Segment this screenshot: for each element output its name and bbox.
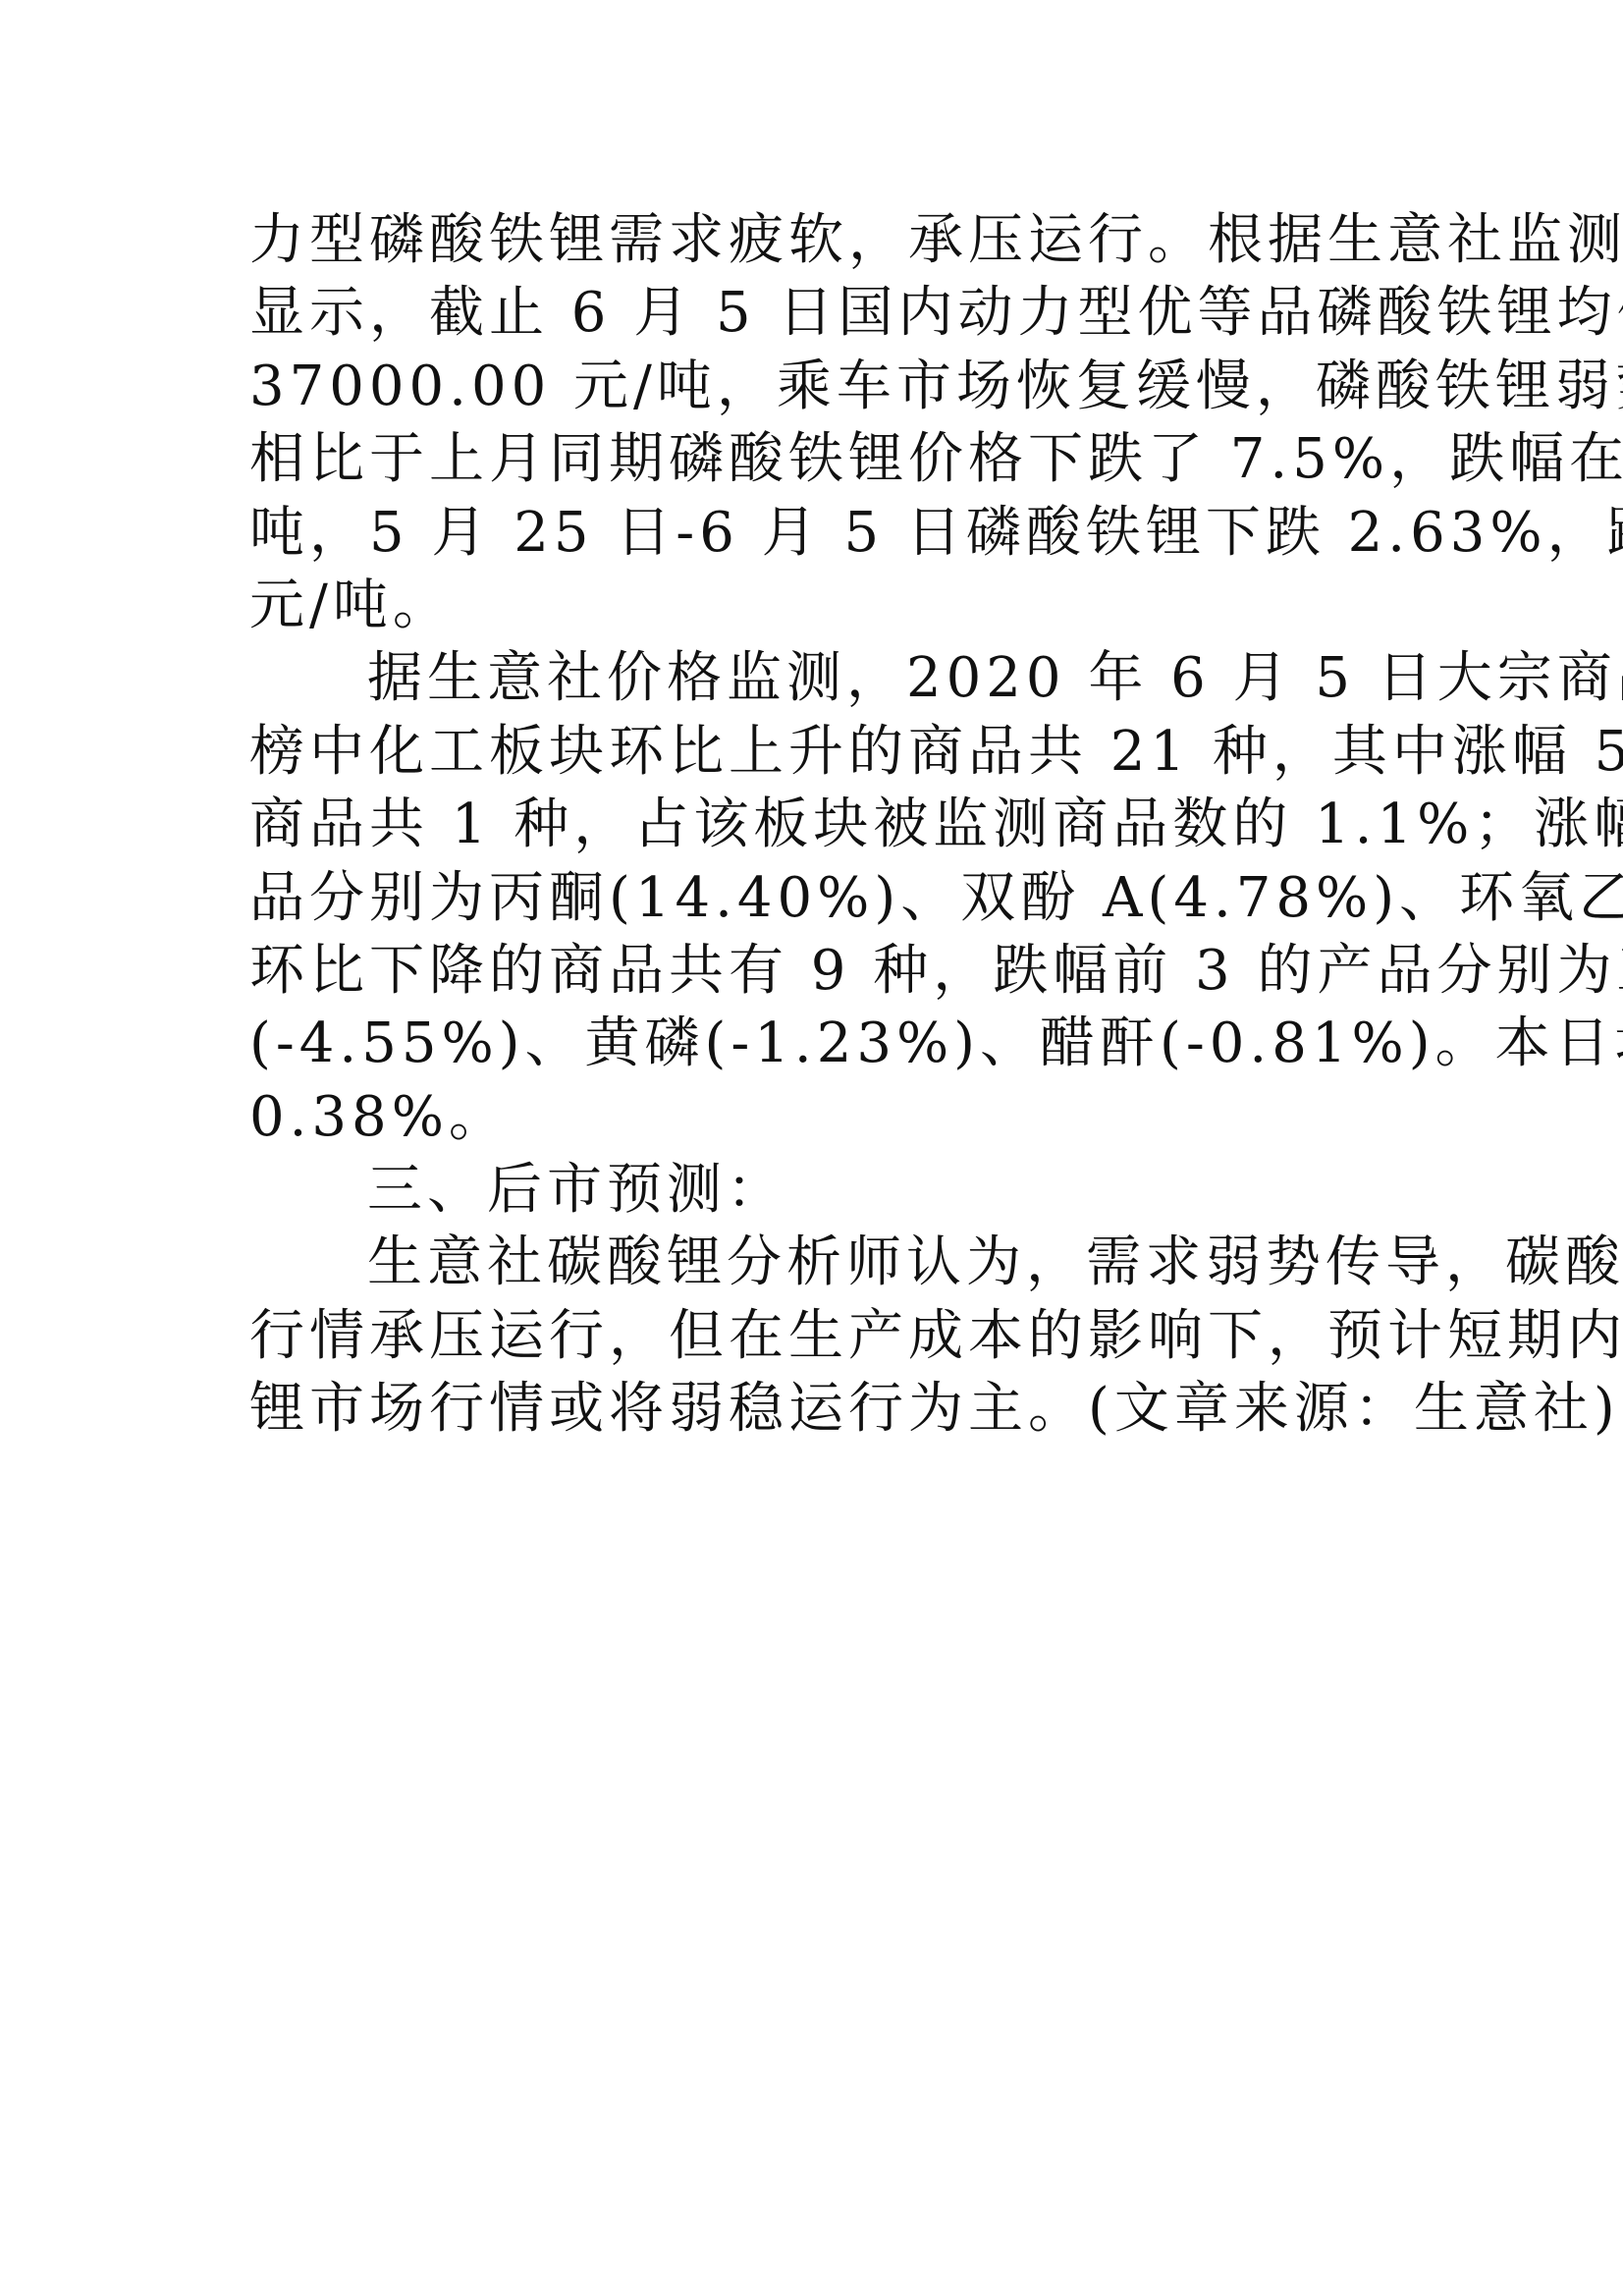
text-line: 据生意社价格监测，2020 年 6 月 5 日大宗商品价格涨跌 <box>249 642 1379 715</box>
paragraph-lithium-iron-phosphate: 力型磷酸铁锂需求疲软，承压运行。根据生意社监测的数据 显示，截止 6 月 5 日… <box>249 204 1379 642</box>
text-line: 力型磷酸铁锂需求疲软，承压运行。根据生意社监测的数据 <box>249 204 1379 277</box>
text-line: 品分别为丙酮(14.40%)、双酚 A(4.78%)、环氧乙烷(2.86%)。 <box>249 862 1379 935</box>
text-line: 吨，5 月 25 日-6 月 5 日磷酸铁锂下跌 2.63%，跌幅在 1000 <box>249 497 1379 570</box>
text-line: 显示，截止 6 月 5 日国内动力型优等品磷酸铁锂均价在 <box>249 277 1379 350</box>
text-line: 锂市场行情或将弱稳运行为主。(文章来源：生意社) <box>249 1373 1379 1446</box>
text-line: 元/吨。 <box>249 570 1379 642</box>
text-line: 行情承压运行，但在生产成本的影响下，预计短期内，碳酸 <box>249 1300 1379 1373</box>
text-line: (-4.55%)、黄磷(-1.23%)、醋酐(-0.81%)。本日均涨跌幅为 <box>249 1008 1379 1080</box>
text-line: 商品共 1 种，占该板块被监测商品数的 1.1%；涨幅前 3 的商 <box>249 789 1379 861</box>
text-line: 相比于上月同期磷酸铁锂价格下跌了 7.5%，跌幅在 3000 元/ <box>249 423 1379 496</box>
section-heading-market-forecast: 三、后市预测： <box>249 1154 1379 1227</box>
paragraph-price-monitoring: 据生意社价格监测，2020 年 6 月 5 日大宗商品价格涨跌 榜中化工板块环比… <box>249 642 1379 1154</box>
section-heading: 三、后市预测： <box>249 1154 1379 1227</box>
text-line: 0.38%。 <box>249 1081 1379 1154</box>
paragraph-analyst-outlook: 生意社碳酸锂分析师认为，需求弱势传导，碳酸锂市场 行情承压运行，但在生产成本的影… <box>249 1227 1379 1446</box>
text-line: 环比下降的商品共有 9 种，跌幅前 3 的产品分别为三氯甲烷 <box>249 935 1379 1008</box>
text-line: 榜中化工板块环比上升的商品共 21 种，其中涨幅 5%以上的 <box>249 716 1379 789</box>
document-page: 力型磷酸铁锂需求疲软，承压运行。根据生意社监测的数据 显示，截止 6 月 5 日… <box>249 204 1379 1447</box>
text-line: 生意社碳酸锂分析师认为，需求弱势传导，碳酸锂市场 <box>249 1227 1379 1299</box>
text-line: 37000.00 元/吨，乘车市场恢复缓慢，磷酸铁锂弱势运行， <box>249 351 1379 423</box>
